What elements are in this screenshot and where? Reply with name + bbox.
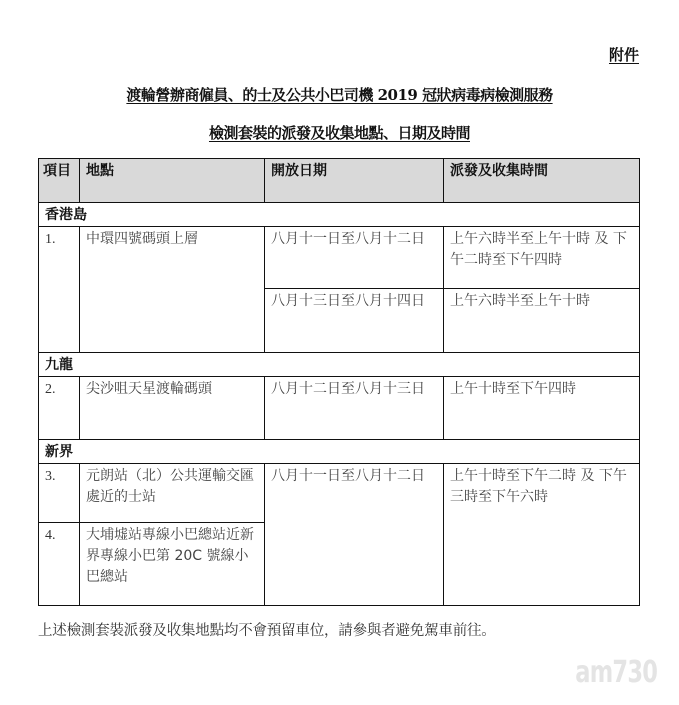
item-number: 1.: [39, 227, 80, 353]
annex-label: 附件: [609, 44, 639, 65]
region-kowloon: 九龍: [39, 353, 640, 377]
watermark-logo: am730: [575, 655, 657, 690]
footnote: 上述檢測套裝派發及收集地點均不會預留車位，請參與者避免駕車前往。: [38, 619, 496, 640]
table-row: 3. 元朗站（北）公共運輸交匯處近的士站 八月十一日至八月十二日 上午十時至下午…: [39, 464, 640, 523]
document-title: 渡輪營辦商僱員、的士及公共小巴司機 2019 冠狀病毒病檢測服務: [0, 84, 679, 105]
schedule-table: 項目 地點 開放日期 派發及收集時間 香港島 1. 中環四號碼頭上層 八月十一日…: [38, 158, 640, 606]
location-cell: 中環四號碼頭上層: [80, 227, 265, 353]
item-number: 3.: [39, 464, 80, 523]
table-row: 1. 中環四號碼頭上層 八月十一日至八月十二日 上午六時半至上午十時 及 下午二…: [39, 227, 640, 289]
times-cell: 上午十時至下午二時 及 下午三時至下午六時: [444, 464, 640, 606]
region-row: 九龍: [39, 353, 640, 377]
table-row: 2. 尖沙咀天星渡輪碼頭 八月十二日至八月十三日 上午十時至下午四時: [39, 377, 640, 440]
item-number: 4.: [39, 523, 80, 606]
region-new-territories: 新界: [39, 440, 640, 464]
region-row: 新界: [39, 440, 640, 464]
header-times: 派發及收集時間: [444, 159, 640, 203]
dates-cell: 八月十一日至八月十二日: [265, 464, 444, 606]
header-item: 項目: [39, 159, 80, 203]
document-subtitle: 檢測套裝的派發及收集地點、日期及時間: [0, 122, 679, 143]
region-hong-kong-island: 香港島: [39, 203, 640, 227]
times-cell: 上午十時至下午四時: [444, 377, 640, 440]
dates-cell: 八月十三日至八月十四日: [265, 289, 444, 353]
location-cell: 大埔墟站專線小巴總站近新界專線小巴第 20C 號線小巴總站: [80, 523, 265, 606]
region-row: 香港島: [39, 203, 640, 227]
header-location: 地點: [80, 159, 265, 203]
location-cell: 尖沙咀天星渡輪碼頭: [80, 377, 265, 440]
times-cell: 上午六時半至上午十時 及 下午二時至下午四時: [444, 227, 640, 289]
location-cell: 元朗站（北）公共運輸交匯處近的士站: [80, 464, 265, 523]
table-header-row: 項目 地點 開放日期 派發及收集時間: [39, 159, 640, 203]
dates-cell: 八月十一日至八月十二日: [265, 227, 444, 289]
times-cell: 上午六時半至上午十時: [444, 289, 640, 353]
header-dates: 開放日期: [265, 159, 444, 203]
item-number: 2.: [39, 377, 80, 440]
dates-cell: 八月十二日至八月十三日: [265, 377, 444, 440]
